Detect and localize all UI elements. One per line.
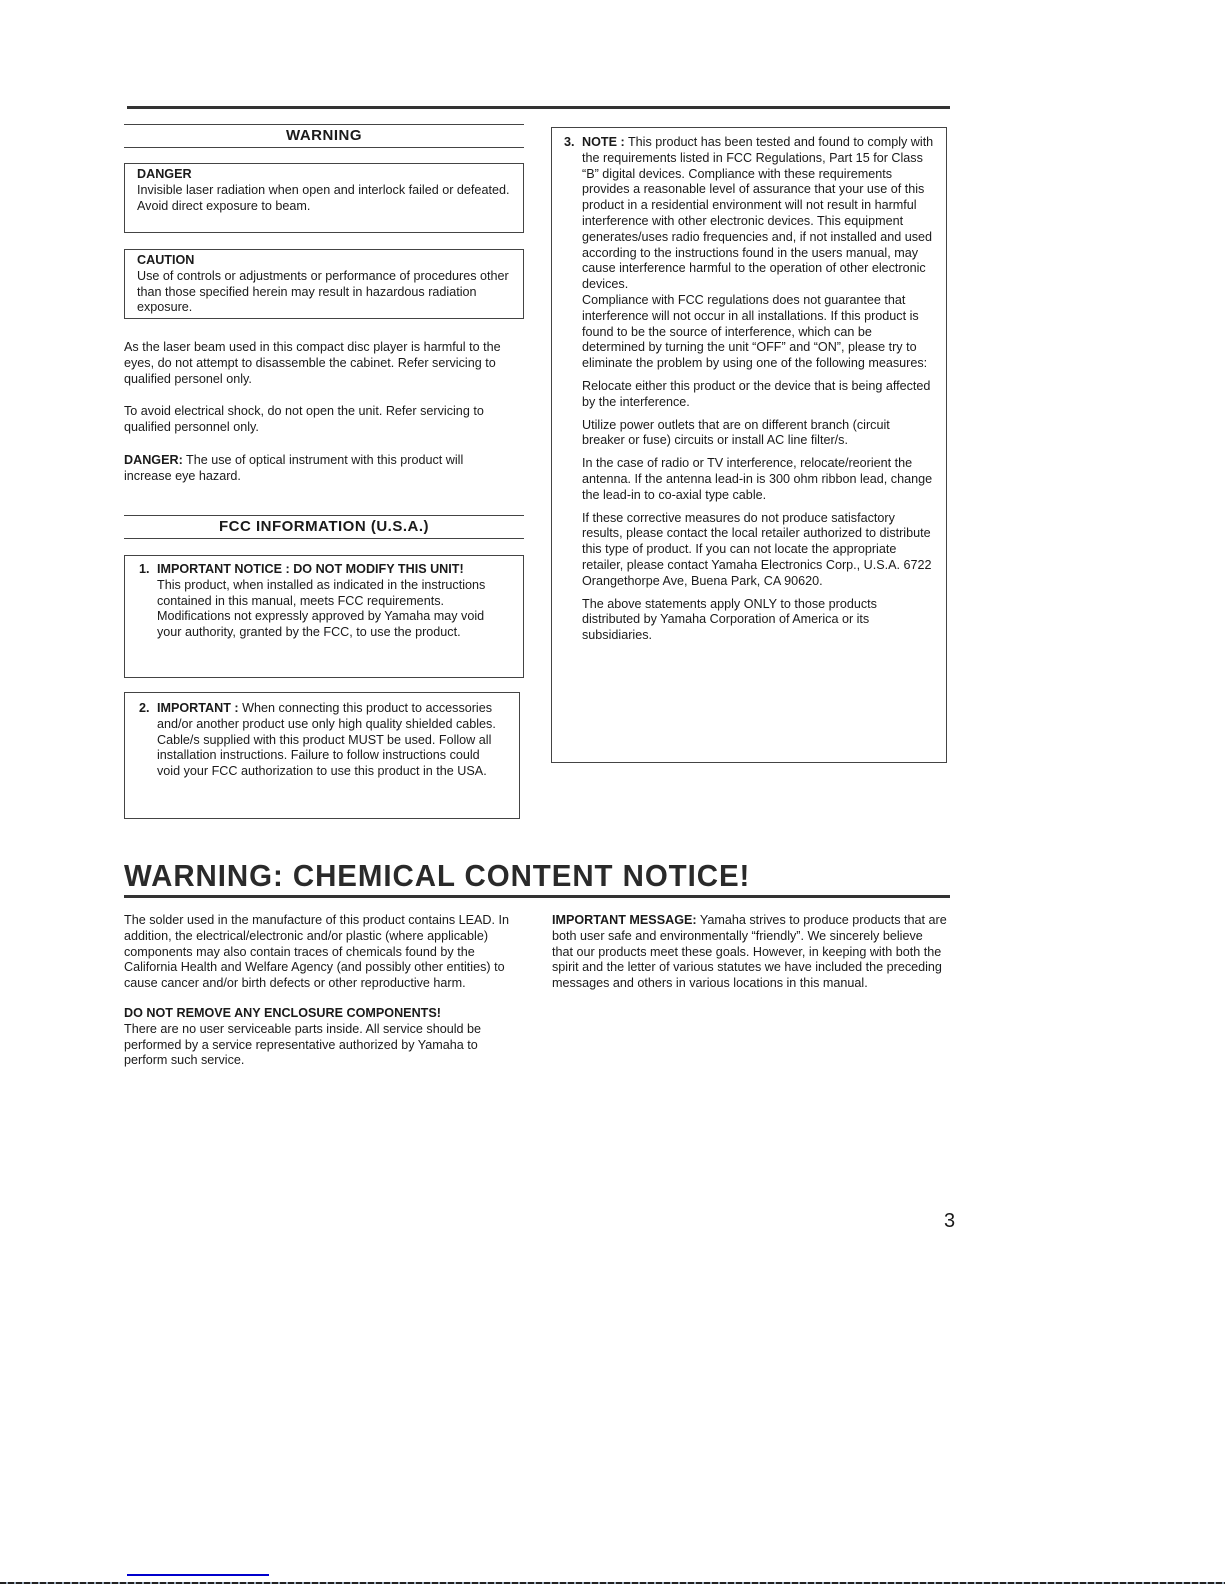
laser-paragraph: As the laser beam used in this compact d… [124,340,514,387]
fcc-item-1-box: 1. IMPORTANT NOTICE : DO NOT MODIFY THIS… [124,555,524,678]
important-message-label: IMPORTANT MESSAGE: [552,913,697,927]
bottom-border [0,1582,1225,1584]
fcc-item-1-text: This product, when installed as indicate… [157,578,509,641]
chemical-notice-title: WARNING: CHEMICAL CONTENT NOTICE! [124,858,750,894]
important-message: IMPORTANT MESSAGE: Yamaha strives to pro… [552,913,947,992]
fcc-item-3-box: 3. NOTE : This product has been tested a… [551,127,947,763]
page-number: 3 [944,1210,955,1233]
fcc-item-1-number: 1. [139,562,150,578]
optical-danger-label: DANGER: [124,453,183,467]
chemical-rule [124,895,950,898]
warning-title: WARNING [124,124,524,148]
fcc-title: FCC INFORMATION (U.S.A.) [124,515,524,539]
fcc-measure-5: The above statements apply ONLY to those… [582,597,934,644]
optical-danger-paragraph: DANGER: The use of optical instrument wi… [124,453,514,485]
danger-line-1: Invisible laser radiation when open and … [137,183,511,199]
caution-heading: CAUTION [137,253,511,269]
chemical-left-column: The solder used in the manufacture of th… [124,913,524,1069]
fcc-item-3-paragraph: NOTE : This product has been tested and … [582,135,934,293]
fcc-measure-1: Relocate either this product or the devi… [582,379,934,411]
fcc-item-1-heading: IMPORTANT NOTICE : DO NOT MODIFY THIS UN… [157,562,509,578]
fcc-item-2-box: 2. IMPORTANT : When connecting this prod… [124,692,520,819]
fcc-item-3-label: NOTE : [582,135,625,149]
shock-paragraph: To avoid electrical shock, do not open t… [124,404,514,436]
enclosure-text: There are no user serviceable parts insi… [124,1022,524,1069]
lead-notice: The solder used in the manufacture of th… [124,913,524,992]
fcc-measure-3: In the case of radio or TV interference,… [582,456,934,503]
top-rule [127,106,950,109]
chemical-right-column: IMPORTANT MESSAGE: Yamaha strives to pro… [552,913,947,992]
fcc-item-3-text: This product has been tested and found t… [582,135,933,291]
fcc-measure-4: If these corrective measures do not prod… [582,511,934,590]
fcc-item-3-number: 3. [564,135,575,151]
danger-heading: DANGER [137,167,511,183]
caution-text: Use of controls or adjustments or perfor… [137,269,511,316]
fcc-item-2-label: IMPORTANT : [157,701,239,715]
laser-notes: As the laser beam used in this compact d… [124,340,514,485]
link-underline [127,1574,269,1576]
fcc-item-2-paragraph: IMPORTANT : When connecting this product… [157,701,505,780]
fcc-item-2-number: 2. [139,701,150,717]
fcc-measure-2: Utilize power outlets that are on differ… [582,418,934,450]
fcc-item-3-compliance: Compliance with FCC regulations does not… [582,293,934,372]
danger-box: DANGER Invisible laser radiation when op… [124,163,524,233]
enclosure-heading: DO NOT REMOVE ANY ENCLOSURE COMPONENTS! [124,1006,524,1022]
danger-line-2: Avoid direct exposure to beam. [137,199,511,215]
caution-box: CAUTION Use of controls or adjustments o… [124,249,524,319]
